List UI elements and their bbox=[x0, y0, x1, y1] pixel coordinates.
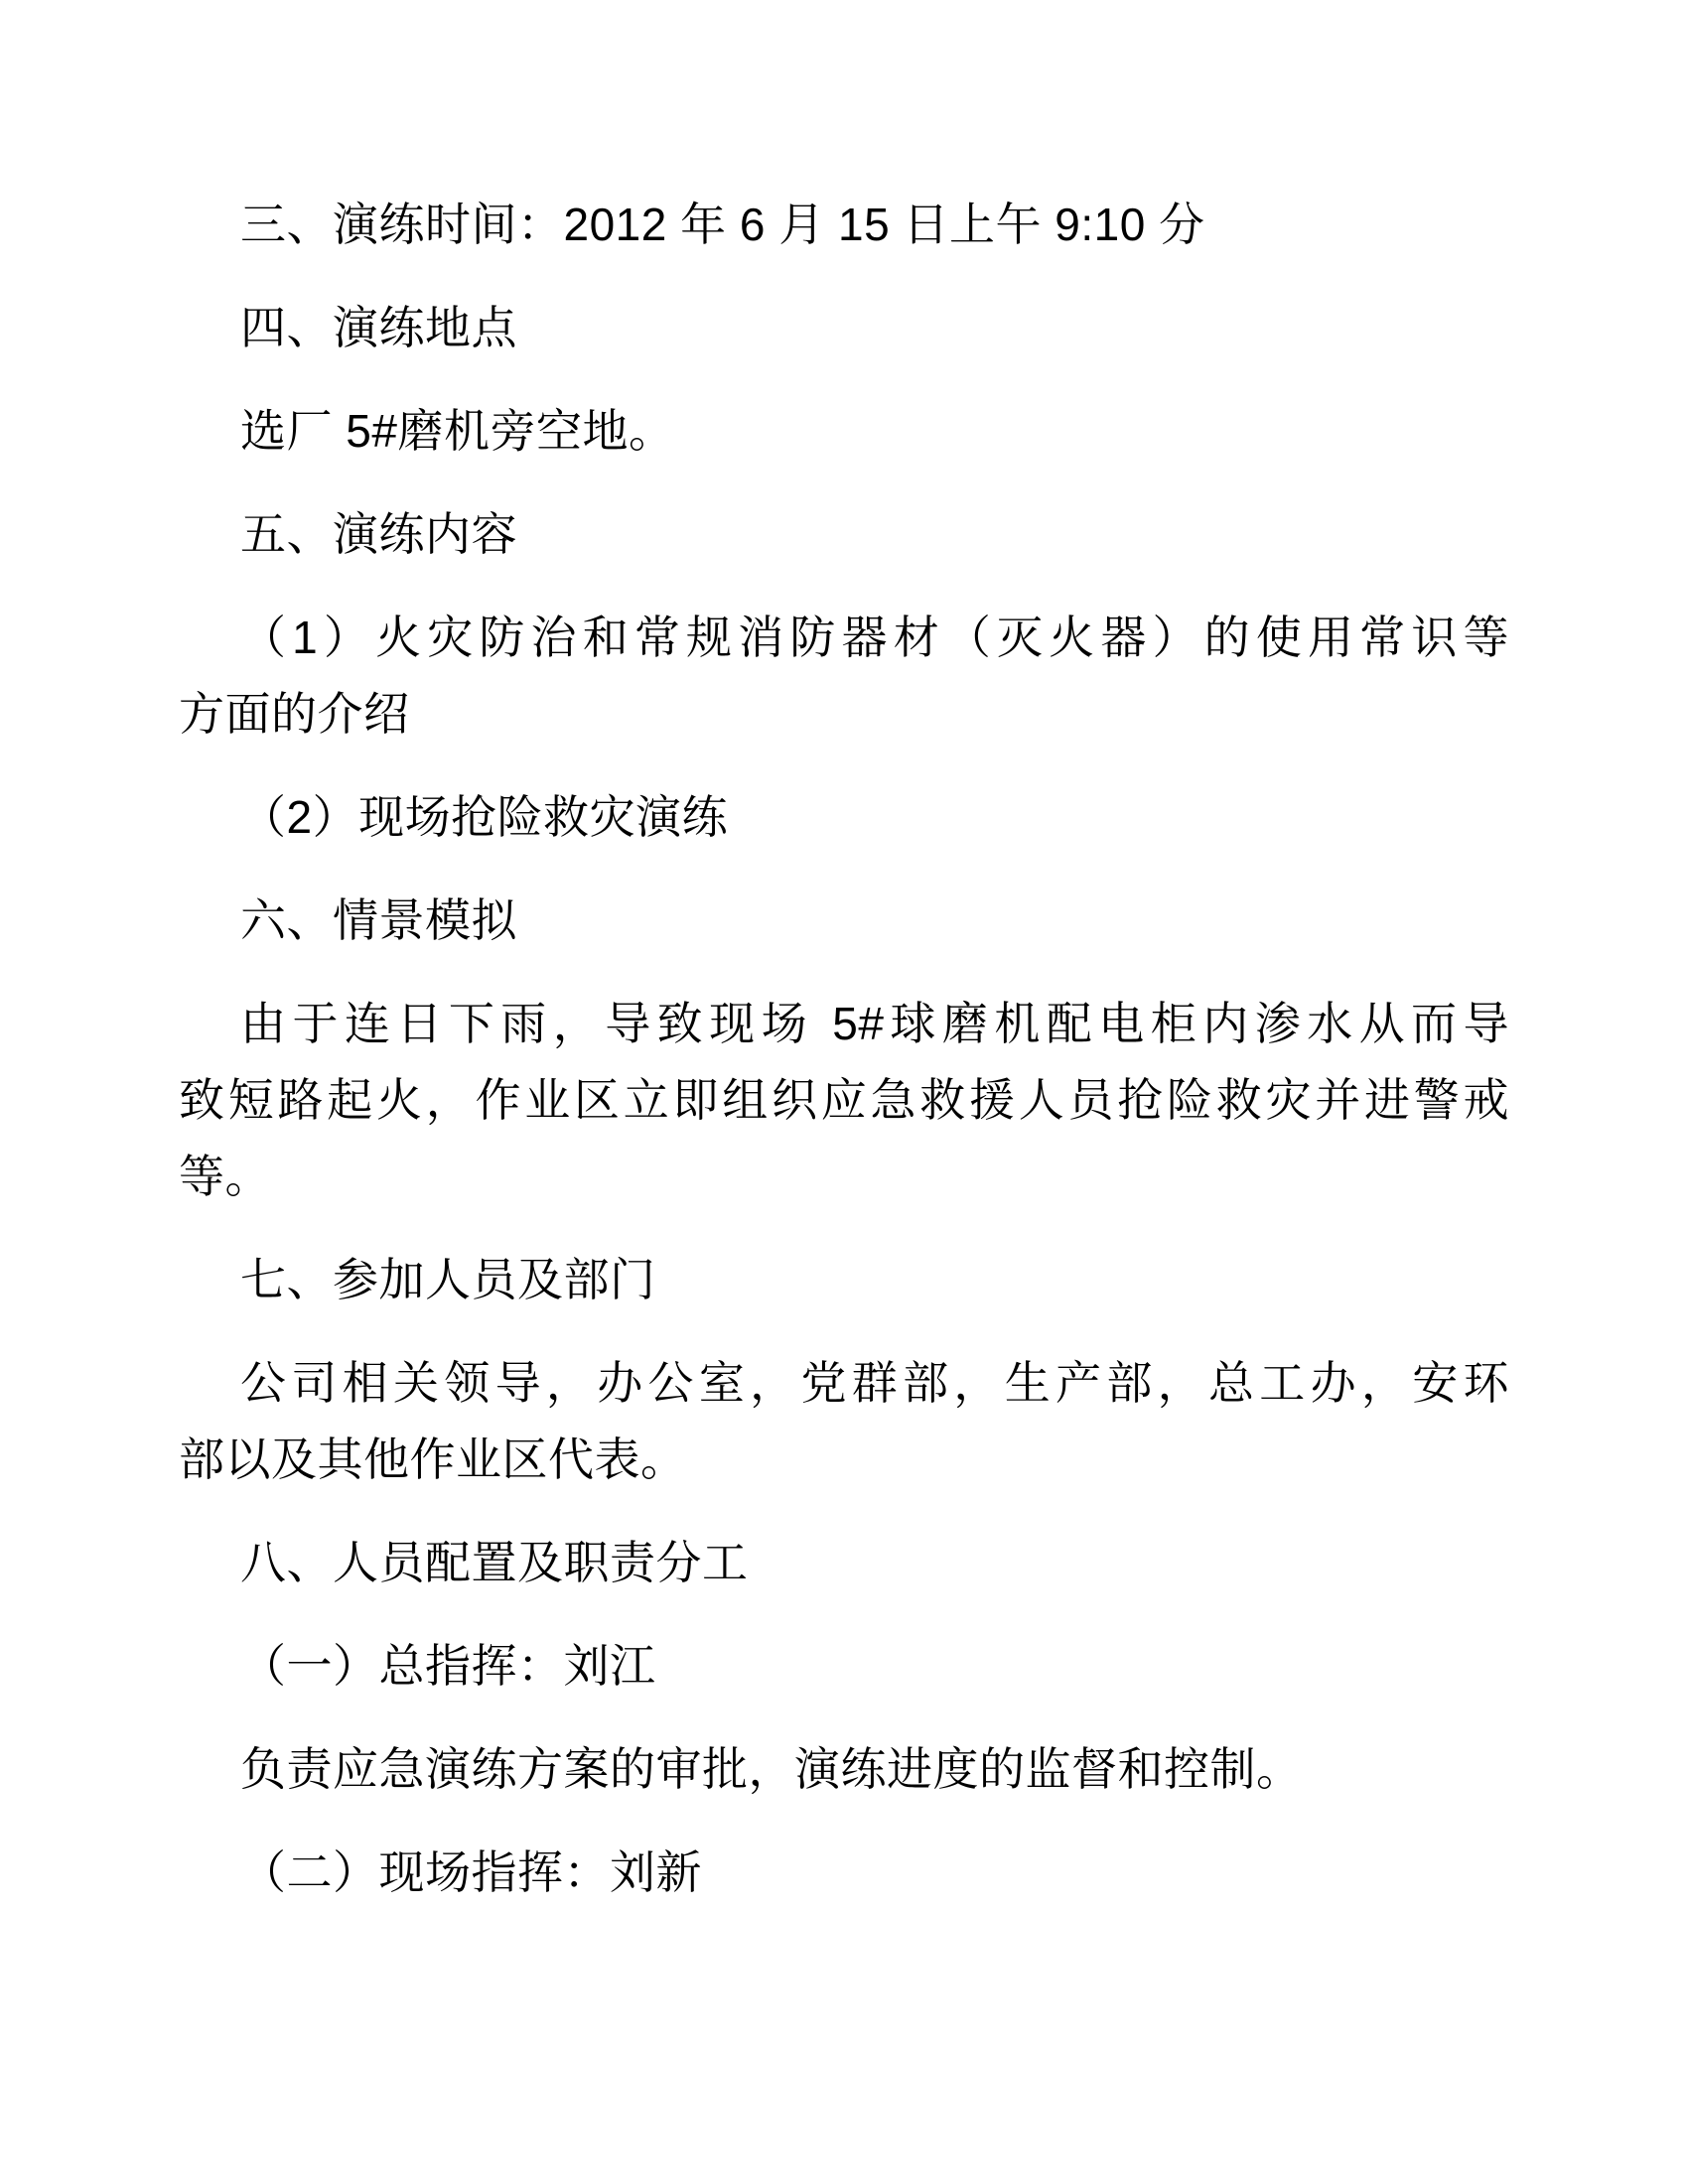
text-line: 由于连日下雨，导致现场 5#球磨机配电柜内渗水从而导 bbox=[179, 986, 1509, 1062]
document-page: 三、演练时间：2012 年 6 月 15 日上午 9:10 分四、演练地点选厂 … bbox=[0, 0, 1688, 2184]
document-body: 三、演练时间：2012 年 6 月 15 日上午 9:10 分四、演练地点选厂 … bbox=[179, 187, 1509, 1911]
paragraph: （1）火灾防治和常规消防器材（灭火器）的使用常识等方面的介绍 bbox=[179, 600, 1509, 752]
paragraph: 七、参加人员及部门 bbox=[179, 1242, 1509, 1318]
paragraph: 负责应急演练方案的审批，演练进度的监督和控制。 bbox=[179, 1731, 1509, 1808]
paragraph: 八、人员配置及职责分工 bbox=[179, 1525, 1509, 1601]
paragraph: 公司相关领导，办公室，党群部，生产部，总工办，安环部以及其他作业区代表。 bbox=[179, 1345, 1509, 1498]
paragraph: 三、演练时间：2012 年 6 月 15 日上午 9:10 分 bbox=[179, 187, 1509, 263]
paragraph: 四、演练地点 bbox=[179, 290, 1509, 366]
text-line: 三、演练时间：2012 年 6 月 15 日上午 9:10 分 bbox=[179, 187, 1509, 263]
text-line: 七、参加人员及部门 bbox=[179, 1242, 1509, 1318]
text-line: 五、演练内容 bbox=[179, 496, 1509, 573]
text-line: 等。 bbox=[179, 1139, 1509, 1215]
text-line: （一）总指挥：刘江 bbox=[179, 1628, 1509, 1705]
text-line: 六、情景模拟 bbox=[179, 883, 1509, 959]
paragraph: 由于连日下雨，导致现场 5#球磨机配电柜内渗水从而导致短路起火，作业区立即组织应… bbox=[179, 986, 1509, 1215]
paragraph: （2）现场抢险救灾演练 bbox=[179, 779, 1509, 856]
paragraph: 选厂 5#磨机旁空地。 bbox=[179, 393, 1509, 470]
text-line: 方面的介绍 bbox=[179, 676, 1509, 752]
paragraph: （二）现场指挥：刘新 bbox=[179, 1835, 1509, 1911]
text-line: 负责应急演练方案的审批，演练进度的监督和控制。 bbox=[179, 1731, 1509, 1808]
text-line: 四、演练地点 bbox=[179, 290, 1509, 366]
paragraph: 五、演练内容 bbox=[179, 496, 1509, 573]
text-line: （二）现场指挥：刘新 bbox=[179, 1835, 1509, 1911]
text-line: 选厂 5#磨机旁空地。 bbox=[179, 393, 1509, 470]
paragraph: 六、情景模拟 bbox=[179, 883, 1509, 959]
text-line: （2）现场抢险救灾演练 bbox=[179, 779, 1509, 856]
text-line: 八、人员配置及职责分工 bbox=[179, 1525, 1509, 1601]
paragraph: （一）总指挥：刘江 bbox=[179, 1628, 1509, 1705]
text-line: 致短路起火，作业区立即组织应急救援人员抢险救灾并进警戒 bbox=[179, 1062, 1509, 1139]
text-line: 公司相关领导，办公室，党群部，生产部，总工办，安环 bbox=[179, 1345, 1509, 1422]
text-line: 部以及其他作业区代表。 bbox=[179, 1422, 1509, 1498]
text-line: （1）火灾防治和常规消防器材（灭火器）的使用常识等 bbox=[179, 600, 1509, 676]
